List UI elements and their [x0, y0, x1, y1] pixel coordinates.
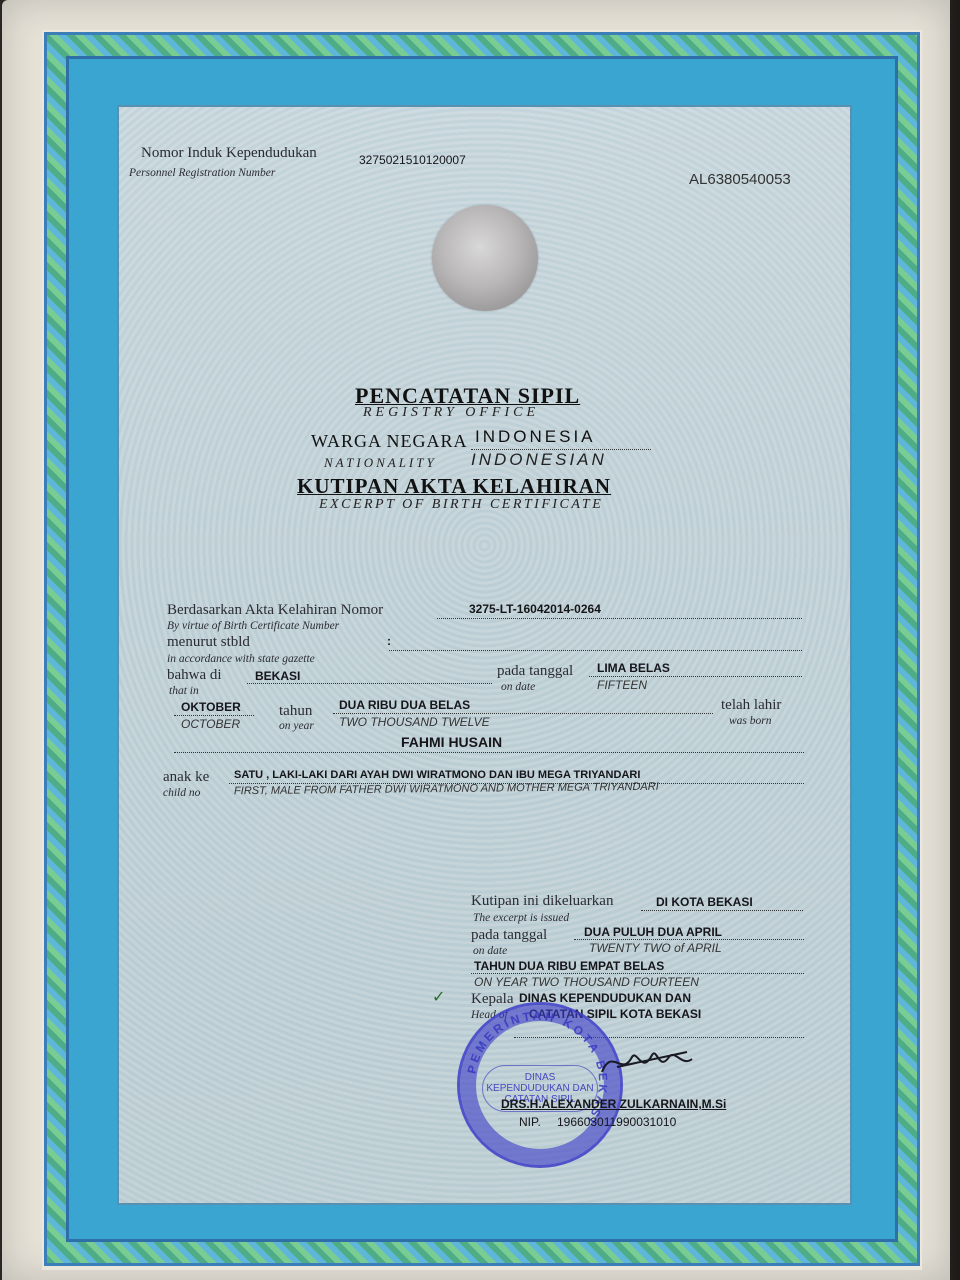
hologram-seal — [432, 205, 538, 311]
issue-year-value: TAHUN DUA RIBU EMPAT BELAS — [474, 959, 664, 973]
child-no-label: anak ke — [163, 769, 209, 786]
place-label: bahwa di — [167, 667, 222, 684]
issue-date-value: DUA PULUH DUA APRIL — [584, 925, 722, 939]
birth-date-value-en: FIFTEEN — [597, 678, 647, 692]
birth-month-value-en: OCTOBER — [181, 717, 240, 731]
child-name: FAHMI HUSAIN — [401, 734, 502, 750]
birth-date-value: LIMA BELAS — [597, 661, 670, 675]
birth-year-value-en: TWO THOUSAND TWELVE — [339, 715, 490, 729]
nationality-label-en: NATIONALITY — [324, 455, 437, 471]
cert-no-label-en: By virtue of Birth Certificate Number — [167, 620, 339, 632]
issued-label: Kutipan ini dikeluarkan — [471, 893, 613, 910]
stbld-label-en: in accordance with state gazette — [167, 653, 315, 665]
stbld-label: menurut stbld — [167, 634, 250, 651]
issue-date-label: pada tanggal — [471, 927, 547, 944]
certificate-body: Nomor Induk Kependudukan Personnel Regis… — [117, 105, 852, 1205]
document-title: KUTIPAN AKTA KELAHIRAN — [297, 474, 611, 499]
place-value: BEKASI — [255, 669, 300, 683]
child-no-value: SATU , LAKI-LAKI DARI AYAH DWI WIRATMONO… — [234, 769, 640, 781]
nik-value: 3275021510120007 — [359, 153, 466, 167]
office-title-en: REGISTRY OFFICE — [363, 405, 539, 421]
birth-year-value: DUA RIBU DUA BELAS — [339, 698, 470, 712]
nip-value: 196603011990031010 — [557, 1115, 676, 1129]
official-name: DRS.H.ALEXANDER ZULKARNAIN,M.Si — [501, 1097, 726, 1111]
issue-year-value-en: ON YEAR TWO THOUSAND FOURTEEN — [474, 975, 699, 989]
born-label: telah lahir — [721, 697, 781, 714]
child-no-label-en: child no — [163, 787, 200, 799]
cert-no-label: Berdasarkan Akta Kelahiran Nomor — [167, 602, 383, 619]
document-sleeve: Nomor Induk Kependudukan Personnel Regis… — [2, 0, 950, 1280]
document-title-en: EXCERPT OF BIRTH CERTIFICATE — [319, 497, 603, 513]
nationality-value-en: INDONESIAN — [471, 450, 607, 470]
nik-label: Nomor Induk Kependudukan — [141, 145, 317, 162]
nationality-label: WARGA NEGARA — [311, 431, 468, 452]
issue-date-value-en: TWENTY TWO of APRIL — [589, 941, 722, 955]
birth-date-label: pada tanggal — [497, 663, 573, 680]
serial-number: AL6380540053 — [689, 171, 791, 188]
place-label-en: that in — [169, 685, 199, 697]
birth-year-label: tahun — [279, 703, 312, 720]
birth-year-label-en: on year — [279, 720, 314, 732]
nationality-value: INDONESIA — [475, 427, 596, 447]
issue-date-label-en: on date — [473, 945, 507, 957]
issued-value: DI KOTA BEKASI — [656, 895, 753, 909]
check-mark: ✓ — [432, 987, 445, 1007]
birth-month-value: OKTOBER — [181, 700, 241, 714]
cert-no-value: 3275-LT-16042014-0264 — [469, 602, 601, 616]
nik-label-en: Personnel Registration Number — [129, 167, 275, 179]
signature — [597, 1037, 697, 1087]
born-label-en: was born — [729, 715, 772, 727]
issued-label-en: The excerpt is issued — [473, 912, 569, 924]
birth-date-label-en: on date — [501, 681, 535, 693]
stbld-value: : — [387, 634, 391, 648]
nip-label: NIP. — [519, 1115, 541, 1129]
